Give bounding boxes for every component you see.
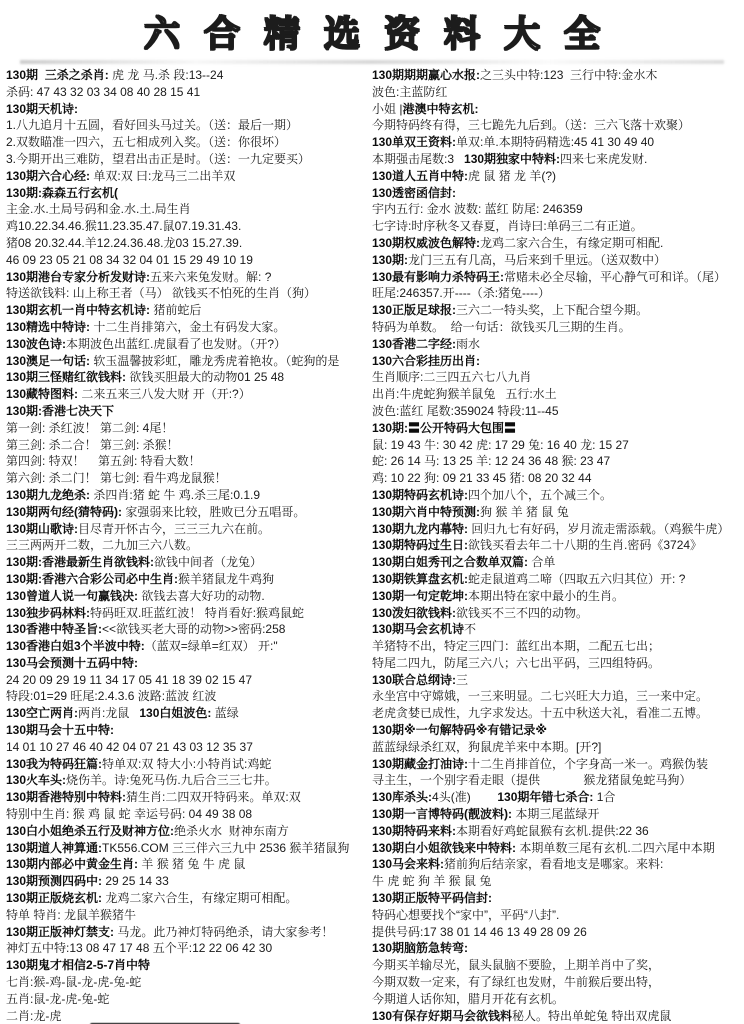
text-line: 提供号码:17 38 01 14 46 13 49 28 09 26 — [372, 924, 738, 941]
line-heading: 130期正版特平码信封: — [372, 891, 492, 905]
line-text: 合单 — [528, 555, 555, 569]
text-line: 130期正版烧玄机: 龙鸡二家六合生，有缘定期可相配。 — [6, 890, 372, 907]
line-heading: 130期:森森五行玄机( — [6, 186, 118, 200]
line-heading: 130期 三杀之杀肖: — [6, 68, 109, 82]
line-text: 蓝绿 — [211, 706, 238, 720]
line-heading: 130期铁算盘玄机: — [372, 572, 468, 586]
text-line: 1.八九追月十五圆，看好回头马过关。（送：最后一期） — [6, 117, 372, 134]
line-text: 第四剑: 特双！ 第五剑: 特看大数！ — [6, 454, 201, 468]
text-line: 130有保存好期马会欲钱料秘人。特出单蛇兔 特出双虎鼠 — [372, 1008, 738, 1024]
text-line: 第六剑: 杀二门！ 第七剑: 看牛鸡龙鼠猴！ — [6, 470, 372, 487]
line-text: <<欲钱买老大哥的动物>>密码:258 — [102, 622, 285, 636]
line-text: 四来七来虎发财. — [560, 152, 647, 166]
line-heading: 130联合总纲诗: — [372, 673, 456, 687]
text-line: 130期内部必中黄金生肖: 羊 猴 猪 兔 牛 虎 鼠 — [6, 856, 372, 873]
line-text: 欲钱买不三不四的动物。 — [456, 606, 588, 620]
text-line: 蛇: 26 14 马: 13 25 羊: 12 24 36 48 猴: 23 4… — [372, 453, 738, 470]
line-heading: 130期一言博特码(靓波料): — [372, 807, 512, 821]
text-line: 130联合总纲诗:三 — [372, 672, 738, 689]
line-text: 常赌未必全尽输，平心静气可和详。（尾） — [504, 270, 726, 284]
text-line: 130期九龙内幕特: 回归九七有好码，岁月流走需添载。（鸡猴牛虎） — [372, 521, 738, 538]
line-text: 回归九七有好码，岁月流走需添载。（鸡猴牛虎） — [468, 522, 729, 536]
line-heading: 130空亡两肖: — [6, 706, 78, 720]
text-line: 出肖:牛虎蛇狗猴羊鼠兔 五行:水土 — [372, 386, 738, 403]
line-text: 绝杀火水 财神东南方 — [174, 824, 289, 838]
line-text: 软玉温馨披彩虹，雕龙秀虎着艳妆。（蛇狗的是 — [90, 354, 339, 368]
line-heading: 130期※一句解特码※有错记录※ — [372, 723, 547, 737]
text-line: 46 09 23 05 21 08 34 32 04 01 15 29 49 1… — [6, 252, 372, 269]
text-line: 今期道人话你知，腊月开花有玄机。 — [372, 991, 738, 1008]
line-text: 雨水 — [456, 337, 480, 351]
text-line: 130空亡两肖:两肖:龙鼠 130白姐波色: 蓝绿 — [6, 705, 372, 722]
line-text: 之三头中特:123 三行中特:金水木 — [480, 68, 657, 82]
line-text: 蓝蓝绿绿杀红双，狗鼠虎羊来中本期。[开?] — [372, 740, 601, 754]
line-heading: 130期一句定乾坤: — [372, 589, 468, 603]
line-heading: 130马会来料: — [372, 857, 444, 871]
left-column: 130期 三杀之杀肖: 虎 龙 马.杀 段:13--24杀码: 47 43 32… — [6, 67, 372, 1024]
text-line: 蓝蓝绿绿杀红双，狗鼠虎羊来中本期。[开?] — [372, 739, 738, 756]
text-line: 鸡10.22.34.46.猴11.23.35.47.鼠07.19.31.43. — [6, 218, 372, 235]
text-line: 130期玄机一肖中特玄机诗: 猪前蛇后 — [6, 302, 372, 319]
line-heading: 130期九龙绝杀: — [6, 488, 90, 502]
text-line: 130期脑筋急转弯: — [372, 940, 738, 957]
text-line: 130期:森森五行玄机( — [6, 185, 372, 202]
line-heading: 130期马会玄机诗 — [372, 622, 464, 636]
line-text: 波色:蓝红 尾数:359024 特段:11--45 — [372, 404, 559, 418]
line-text: 猴羊猪鼠龙牛鸡狗 — [178, 572, 274, 586]
text-line: 特别中生肖: 猴 鸡 鼠 蛇 幸运号码: 04 49 38 08 — [6, 806, 372, 823]
line-heading: 130期玄机一肖中特玄机诗: — [6, 303, 150, 317]
text-line: 永坐宫中守嫦娥，一三来明显。二七兴旺大力追，三一来中定。 — [372, 688, 738, 705]
line-heading: 130期两句经(猜特码): — [6, 505, 122, 519]
text-line: 130独步码林料:特码旺双.旺蓝红波！ 特肖看好:猴鸡鼠蛇 — [6, 605, 372, 622]
line-heading: 130期藏金打油诗: — [372, 757, 468, 771]
text-line: 130期:香港六合彩公司必中生肖:猴羊猪鼠龙牛鸡狗 — [6, 571, 372, 588]
line-text: 第六剑: 杀二门！ 第七剑: 看牛鸡龙鼠猴！ — [6, 471, 227, 485]
text-line: 神灯五中特:13 08 47 17 48 五个平:12 22 06 42 30 — [6, 940, 372, 957]
line-text: 今期特码终有得，三七跪先九后到。（送：三六飞落十欢聚） — [372, 118, 690, 132]
text-line: 本期强击尾数:3 130期独家中特料:四来七来虎发财. — [372, 151, 738, 168]
text-line: 130期:龙门三五有几高，马后来到千里远。（送双数中） — [372, 252, 738, 269]
line-text: 旺尾:246357.开----（杀:猪兔----） — [372, 286, 550, 300]
line-heading: 130期天机诗: — [6, 102, 78, 116]
text-line: 130期:〓公开特码大包围〓 — [372, 420, 738, 437]
line-text: 龙门三五有几高，马后来到千里远。（送双数中） — [408, 253, 666, 267]
line-heading: 130期独家中特料: — [464, 152, 560, 166]
lottery-info-sheet: 六合精选资料大全 130期 三杀之杀肖: 虎 龙 马.杀 段:13--24杀码:… — [0, 6, 744, 1024]
line-heading: 130泼妇欲钱料: — [372, 606, 456, 620]
line-text: 特段:01=29 旺尾:2.4.3.6 波路:蓝波 红波 — [6, 689, 216, 703]
text-line: 130期特码过生日:欲钱买看去年二十八期的生肖.密码《3724》 — [372, 537, 738, 554]
text-line: 牛 虎 蛇 狗 羊 猴 鼠 兔 — [372, 873, 738, 890]
text-line: 第一剑: 杀红波！ 第二剑: 4尾！ — [6, 420, 372, 437]
text-line: 鼠: 19 43 牛: 30 42 虎: 17 29 兔: 16 40 龙: 1… — [372, 437, 738, 454]
line-text: 单双:双 曰:龙马三二出羊双 — [90, 169, 235, 183]
text-line: 130期 三杀之杀肖: 虎 龙 马.杀 段:13--24 — [6, 67, 372, 84]
line-text: 欲钱中间者（龙兔） — [154, 555, 262, 569]
text-line: 寻主生，一个别字看走眼（提供 猴龙猪鼠兔蛇马狗） — [372, 772, 738, 789]
text-line: 七肖:猴-鸡-鼠-龙-虎-兔-蛇 — [6, 974, 372, 991]
line-text: 杀码: 47 43 32 03 34 08 40 28 15 41 — [6, 85, 200, 99]
line-heading: 130期年错七杀合: — [497, 790, 593, 804]
text-line: 波色:蓝红 尾数:359024 特段:11--45 — [372, 403, 738, 420]
line-text: 三六二一特头奖，上下配合望今期。 — [456, 303, 648, 317]
line-text: （蓝双=绿单=红双） 开:" — [145, 639, 278, 653]
text-line: 130期藏金打油诗:十二生肖排首位，个字身高一米一。鸡猴伪装 — [372, 756, 738, 773]
line-text: 本期出特在家中最小的生肖。 — [468, 589, 624, 603]
line-text: 龙鸡二家六合生，有缘定期可相配. — [480, 236, 663, 250]
line-text: 特别中生肖: 猴 鸡 鼠 蛇 幸运号码: 04 49 38 08 — [6, 807, 252, 821]
text-line: 今期特码终有得，三七跪先九后到。（送：三六飞落十欢聚） — [372, 117, 738, 134]
text-line: 130香港二字经:雨水 — [372, 336, 738, 353]
text-line: 生肖顺序:二三四五六七八九肖 — [372, 369, 738, 386]
line-text: 三 — [456, 673, 468, 687]
line-heading: 130波色诗: — [6, 337, 66, 351]
line-text: 二来五来三八发大财 开（开:?） — [78, 387, 251, 401]
line-text: 第三剑: 杀二合！ 第三剑: 杀猴！ — [6, 438, 179, 452]
text-line: 130期一言博特码(靓波料): 本期三尾蓝绿开 — [372, 806, 738, 823]
line-text: 2.双数瞄准一四六，五七相成列入奖。（送：你很坏） — [6, 135, 286, 149]
line-heading: 130期内部必中黄金生肖: — [6, 857, 138, 871]
line-heading: 130期三怪赌红欲钱料: — [6, 370, 126, 384]
line-heading: 130期正版烧玄机: — [6, 891, 102, 905]
line-text: 29 25 14 33 — [102, 874, 169, 888]
text-line: 24 20 09 29 19 11 34 17 05 41 18 39 02 1… — [6, 672, 372, 689]
text-line: 130期六肖中特预测:狗 猴 羊 猪 鼠 兔 — [372, 504, 738, 521]
line-text: 老虎贪婪已成性，九字求发达。十五中秋送大礼，看准二五博。 — [372, 706, 708, 720]
line-text: 神灯五中特:13 08 47 17 48 五个平:12 22 06 42 30 — [6, 941, 272, 955]
line-heading: 130期: — [372, 253, 408, 267]
line-text: 四个加八个，五个减三个。 — [468, 488, 612, 502]
text-line: 130期:香港七决天下 — [6, 403, 372, 420]
line-text: 特码心想要找个“家中”，平码“八封”. — [372, 908, 559, 922]
line-text: 欲钱买胆最大的动物01 25 48 — [126, 370, 284, 384]
text-line: 130正版足球报:三六二一特头奖，上下配合望今期。 — [372, 302, 738, 319]
line-heading: 130火车头: — [6, 773, 66, 787]
text-line: 特送欲钱料: 山上称王者（马） 欲钱买不怕死的生肖（狗） — [6, 285, 372, 302]
line-text: 提供号码:17 38 01 14 46 13 49 28 09 26 — [372, 925, 587, 939]
line-heading: 130期特码来料: — [372, 824, 456, 838]
line-heading: 130马会预测十五码中特: — [6, 656, 138, 670]
text-line: 波色:主蓝防红 — [372, 84, 738, 101]
text-line: 今期双数一定来，有了绿红也发财，牛前猴后要出特， — [372, 974, 738, 991]
text-line: 130期铁算盘玄机:蛇走鼠道鸡二啼（四取五六归其位）开: ? — [372, 571, 738, 588]
line-text: 特单双:双 特大小:小特肖试:鸡蛇 — [102, 757, 271, 771]
text-line: 130最有影响力杀特码王:常赌未必全尽输，平心静气可和详。（尾） — [372, 269, 738, 286]
line-heading: 130独步码林料: — [6, 606, 90, 620]
line-heading: 130六合彩挂历出肖: — [372, 354, 480, 368]
text-line: 130泼妇欲钱料:欲钱买不三不四的动物。 — [372, 605, 738, 622]
right-column: 130期期期赢心水报:之三头中特:123 三行中特:金水木波色:主蓝防红小姐 |… — [372, 67, 738, 1024]
text-line: 130期※一句解特码※有错记录※ — [372, 722, 738, 739]
line-text: 牛 虎 蛇 狗 羊 猴 鼠 兔 — [372, 874, 491, 888]
text-line: 2.双数瞄准一四六，五七相成列入奖。（送：你很坏） — [6, 134, 372, 151]
line-heading: 130期港台专家分析发财诗: — [6, 270, 150, 284]
line-heading: 130期九龙内幕特: — [372, 522, 468, 536]
line-text: 虎 龙 马.杀 段:13--24 — [109, 68, 224, 82]
line-text: 猪前蛇后 — [150, 303, 201, 317]
line-heading: 130期香港特别中特料: — [6, 790, 126, 804]
text-line: 130期白姐秀刊之合数单双篇: 合单 — [372, 554, 738, 571]
line-text: 永坐宫中守嫦娥，一三来明显。二七兴旺大力追，三一来中定。 — [372, 689, 708, 703]
line-text: 第一剑: 杀红波！ 第二剑: 4尾！ — [6, 421, 173, 435]
text-line: 130精选中特诗: 十二生肖排第六，金土有码发大家。 — [6, 319, 372, 336]
line-text: 本期三尾蓝绿开 — [512, 807, 599, 821]
line-text: TK556.COM 三三伴六三九中 2536 猴羊猪鼠狗 — [102, 841, 349, 855]
line-text: 十二生肖排第六，金土有码发大家。 — [90, 320, 285, 334]
line-text: 4头(准) — [432, 790, 497, 804]
line-text: 特单 特肖: 龙鼠羊猴猪牛 — [6, 908, 136, 922]
text-line: 特尾二四九，防尾三六八；六七出平码，三四组特码。 — [372, 655, 738, 672]
text-line: 二肖:龙-虎 — [6, 1008, 372, 1024]
line-heading: 130库杀头: — [372, 790, 432, 804]
line-text: 十二生肖排首位，个字身高一米一。鸡猴伪装 — [468, 757, 708, 771]
line-text: 杀四肖:猪 蛇 牛 鸡.杀三尾:0.1.9 — [90, 488, 260, 502]
line-heading: 130道人五肖中特: — [372, 169, 468, 183]
line-heading: 130期预测四码中: — [6, 874, 102, 888]
text-line: 130期天机诗: — [6, 101, 372, 118]
text-line: 130期马会玄机诗不 — [372, 621, 738, 638]
text-line: 130期正版神灯禁支: 马龙。此乃神灯特码绝杀，请大家参考！ — [6, 924, 372, 941]
line-text: 马龙。此乃神灯特码绝杀，请大家参考！ — [114, 925, 333, 939]
line-text: 特尾二四九，防尾三六八；六七出平码，三四组特码。 — [372, 656, 660, 670]
text-line: 七字诗:时序秋冬又春夏，肖诗曰:单码三二有正道。 — [372, 218, 738, 235]
line-text: 出肖:牛虎蛇狗猴羊鼠兔 五行:水土 — [372, 387, 557, 401]
text-line: 130波色诗:本期波色出蓝红.虎鼠看了也发财。（开?） — [6, 336, 372, 353]
line-text: 二肖:龙-虎 — [6, 1009, 61, 1023]
line-heading: 130期山歌诗: — [6, 522, 78, 536]
text-line: 130香港白姐3个半波中特:（蓝双=绿单=红双） 开:" — [6, 638, 372, 655]
text-line: 特单 特肖: 龙鼠羊猴猪牛 — [6, 907, 372, 924]
line-text: 蛇: 26 14 马: 13 25 羊: 12 24 36 48 猴: 23 4… — [372, 454, 610, 468]
line-heading: 130单双王资料: — [372, 135, 456, 149]
line-text: 主金.水.土局号码和金.水.土.局生肖 — [6, 202, 191, 216]
text-line: 130期预测四码中: 29 25 14 33 — [6, 873, 372, 890]
text-line: 130六合彩挂历出肖: — [372, 353, 738, 370]
line-heading: 130期道人神算通: — [6, 841, 102, 855]
line-heading: 130藏特图料: — [6, 387, 78, 401]
text-line: 130期九龙绝杀: 杀四肖:猪 蛇 牛 鸡.杀三尾:0.1.9 — [6, 487, 372, 504]
text-line: 宇内五行: 金水 波数: 蓝红 防尾: 246359 — [372, 201, 738, 218]
line-text: 波色:主蓝防红 — [372, 85, 447, 99]
line-heading: 130白小姐绝杀五行及财神方位: — [6, 824, 174, 838]
line-text: 本期波色出蓝红.虎鼠看了也发财。（开?） — [66, 337, 286, 351]
line-heading: 130白姐波色: — [139, 706, 211, 720]
text-line: 14 01 10 27 46 40 42 04 07 21 43 03 12 3… — [6, 739, 372, 756]
text-line: 130期一句定乾坤:本期出特在家中最小的生肖。 — [372, 588, 738, 605]
line-text: 猪前狗后结亲家，看看地支是哪家。来料: — [444, 857, 663, 871]
text-line: 130期特码来料:本期看好鸡蛇鼠猴有玄机.提供:22 36 — [372, 823, 738, 840]
line-text: 秘人。特出单蛇兔 特出双虎鼠 — [512, 1009, 671, 1023]
line-heading: 130正版足球报: — [372, 303, 456, 317]
text-line: 130期期期赢心水报:之三头中特:123 三行中特:金水木 — [372, 67, 738, 84]
line-heading: 130期鬼才相信2-5-7肖中特 — [6, 958, 150, 972]
line-text: 虎 鼠 猪 龙 羊(?) — [468, 169, 556, 183]
text-line: 五肖:鼠-龙-虎-兔-蛇 — [6, 991, 372, 1008]
text-line: 130期三怪赌红欲钱料: 欲钱买胆最大的动物01 25 48 — [6, 369, 372, 386]
text-line: 130透密函信封: — [372, 185, 738, 202]
text-line: 特段:01=29 旺尾:2.4.3.6 波路:蓝波 红波 — [6, 688, 372, 705]
scan-artifact — [20, 60, 724, 64]
line-heading: 130我为特码狂篇: — [6, 757, 102, 771]
line-text: 狗 猴 羊 猪 鼠 兔 — [480, 505, 569, 519]
line-text: 鼠: 19 43 牛: 30 42 虎: 17 29 兔: 16 40 龙: 1… — [372, 438, 629, 452]
line-text: 欲钱买看去年二十八期的生肖.密码《3724》 — [468, 538, 702, 552]
line-heading: 130香港二字经: — [372, 337, 456, 351]
text-line: 鸡: 10 22 狗: 09 21 33 45 猪: 08 20 32 44 — [372, 470, 738, 487]
line-text: 三三两两开二数，二九加三六八数。 — [6, 538, 198, 552]
line-heading: 130期六肖中特预测: — [372, 505, 480, 519]
line-text: 不 — [464, 622, 476, 636]
line-text: 单双:单.本期特码精选:45 41 30 49 40 — [456, 135, 654, 149]
text-line: 3.今期开出三难防，望君出击正是时。（送：一九定要买） — [6, 151, 372, 168]
line-text: 烧伤羊。诗:兔死马伤.九后合三三七井。 — [66, 773, 277, 787]
text-line: 130期两句经(猜特码): 家强弱来比较，胜败已分五唱哥。 — [6, 504, 372, 521]
text-line: 第三剑: 杀二合！ 第三剑: 杀猴！ — [6, 437, 372, 454]
line-heading: 130透密函信封: — [372, 186, 456, 200]
text-line: 130期特码玄机诗:四个加八个，五个减三个。 — [372, 487, 738, 504]
line-text: 特码旺双.旺蓝红波！ 特肖看好:猴鸡鼠蛇 — [90, 606, 304, 620]
line-text: 羊猪特不出，特定三四门：蓝红出本期，二配五七出； — [372, 639, 660, 653]
text-line: 特码心想要找个“家中”，平码“八封”. — [372, 907, 738, 924]
line-heading: 130期权威波色解特: — [372, 236, 480, 250]
text-line: 130期正版特平码信封: — [372, 890, 738, 907]
line-text: 七肖:猴-鸡-鼠-龙-虎-兔-蛇 — [6, 975, 141, 989]
line-text: 今期买羊输尽光，鼠头鼠脑不要脸，上期羊肖中了奖， — [372, 958, 660, 972]
line-heading: 130期特码玄机诗: — [372, 488, 468, 502]
text-line: 130期鬼才相信2-5-7肖中特 — [6, 957, 372, 974]
line-text: 今期双数一定来，有了绿红也发财，牛前猴后要出特， — [372, 975, 660, 989]
line-text: 鸡: 10 22 狗: 09 21 33 45 猪: 08 20 32 44 — [372, 471, 592, 485]
text-line: 130期六合心经: 单双:双 曰:龙马三二出羊双 — [6, 168, 372, 185]
text-line: 羊猪特不出，特定三四门：蓝红出本期，二配五七出； — [372, 638, 738, 655]
line-text: 小姐 | — [372, 102, 402, 116]
line-text: 特码为单数。 给一句话：欲钱买几三期的生肖。 — [372, 320, 631, 334]
line-heading: 130期期期赢心水报: — [372, 68, 480, 82]
line-text: 24 20 09 29 19 11 34 17 05 41 18 39 02 1… — [6, 673, 252, 687]
line-heading: 130期白姐秀刊之合数单双篇: — [372, 555, 528, 569]
text-line: 今期买羊输尽光，鼠头鼠脑不要脸，上期羊肖中了奖， — [372, 957, 738, 974]
text-line: 130火车头:烧伤羊。诗:兔死马伤.九后合三三七井。 — [6, 772, 372, 789]
line-heading: 130期:香港七决天下 — [6, 404, 114, 418]
line-heading: 130澳足一句话: — [6, 354, 90, 368]
text-line: 130我为特码狂篇:特单双:双 特大小:小特肖试:鸡蛇 — [6, 756, 372, 773]
line-heading: 130期:香港最新生肖欲钱料: — [6, 555, 154, 569]
line-text: 羊 猴 猪 兔 牛 虎 鼠 — [138, 857, 245, 871]
line-text: 宇内五行: 金水 波数: 蓝红 防尾: 246359 — [372, 202, 583, 216]
line-heading: 130期脑筋急转弯: — [372, 941, 468, 955]
text-line: 第四剑: 特双！ 第五剑: 特看大数！ — [6, 453, 372, 470]
line-text: 蛇走鼠道鸡二啼（四取五六归其位）开: ? — [468, 572, 685, 586]
line-text: 1合 — [593, 790, 615, 804]
line-text: 46 09 23 05 21 08 34 32 04 01 15 29 49 1… — [6, 253, 253, 267]
line-text: 目尽青开怀古今，三三三九六在前。 — [78, 522, 270, 536]
line-text: 欲钱去喜大好功的动物. — [138, 589, 265, 603]
line-text: 鸡10.22.34.46.猴11.23.35.47.鼠07.19.31.43. — [6, 219, 241, 233]
line-text: 3.今期开出三难防，望君出击正是时。（送：一九定要买） — [6, 152, 310, 166]
line-text: 本期强击尾数:3 — [372, 152, 464, 166]
text-line: 130马会来料:猪前狗后结亲家，看看地支是哪家。来料: — [372, 856, 738, 873]
text-line: 130期白小姐欲钱来中特料: 本期单数三尾有玄机.二四六尾中本期 — [372, 840, 738, 857]
line-heading: 港澳中特玄机: — [402, 102, 478, 116]
line-text: 本期看好鸡蛇鼠猴有玄机.提供:22 36 — [456, 824, 649, 838]
text-line: 130道人五肖中特:虎 鼠 猪 龙 羊(?) — [372, 168, 738, 185]
text-line: 130期马会十五中特: — [6, 722, 372, 739]
line-heading: 130曾道人说一句赢钱决: — [6, 589, 138, 603]
text-line: 130香港中特圣旨:<<欲钱买老大哥的动物>>密码:258 — [6, 621, 372, 638]
text-line: 130期道人神算通:TK556.COM 三三伴六三九中 2536 猴羊猪鼠狗 — [6, 840, 372, 857]
line-text: 特送欲钱料: 山上称王者（马） 欲钱买不怕死的生肖（狗） — [6, 286, 316, 300]
line-heading: 130期:香港六合彩公司必中生肖: — [6, 572, 178, 586]
text-line: 130期权威波色解特:龙鸡二家六合生，有缘定期可相配. — [372, 235, 738, 252]
line-heading: 130期特码过生日: — [372, 538, 468, 552]
text-line: 130期香港特别中特料:猜生肖:二四双开特码来。单双:双 — [6, 789, 372, 806]
line-text: 七字诗:时序秋冬又春夏，肖诗曰:单码三二有正道。 — [372, 219, 643, 233]
line-heading: 130期白小姐欲钱来中特料: — [372, 841, 516, 855]
text-line: 旺尾:246357.开----（杀:猪兔----） — [372, 285, 738, 302]
line-heading: 130期正版神灯禁支: — [6, 925, 114, 939]
line-text: 今期道人话你知，腊月开花有玄机。 — [372, 992, 564, 1006]
text-line: 杀码: 47 43 32 03 34 08 40 28 15 41 — [6, 84, 372, 101]
text-line: 130白小姐绝杀五行及财神方位:绝杀火水 财神东南方 — [6, 823, 372, 840]
line-heading: 130香港中特圣旨: — [6, 622, 102, 636]
line-text: 1.八九追月十五圆，看好回头马过关。（送：最后一期） — [6, 118, 298, 132]
line-text: 猜生肖:二四双开特码来。单双:双 — [126, 790, 301, 804]
text-line: 130曾道人说一句赢钱决: 欲钱去喜大好功的动物. — [6, 588, 372, 605]
line-text: 生肖顺序:二三四五六七八九肖 — [372, 370, 531, 384]
text-line: 130期:香港最新生肖欲钱料:欲钱中间者（龙兔） — [6, 554, 372, 571]
text-line: 主金.水.土局号码和金.水.土.局生肖 — [6, 201, 372, 218]
line-text: 龙鸡二家六合生，有缘定期可相配。 — [102, 891, 297, 905]
text-line: 130期港台专家分析发财诗:五来六来兔发财。解: ? — [6, 269, 372, 286]
line-heading: 130期马会十五中特: — [6, 723, 114, 737]
line-text: 猪08 20.32.44.羊12.24.36.48.龙03 15.27.39. — [6, 236, 242, 250]
text-line: 130期山歌诗:目尽青开怀古今，三三三九六在前。 — [6, 521, 372, 538]
text-line: 三三两两开二数，二九加三六八数。 — [6, 537, 372, 554]
line-heading: 130最有影响力杀特码王: — [372, 270, 504, 284]
line-heading: 130香港白姐3个半波中特: — [6, 639, 145, 653]
text-line: 130藏特图料: 二来五来三八发大财 开（开:?） — [6, 386, 372, 403]
text-line: 老虎贪婪已成性，九字求发达。十五中秋送大礼，看准二五博。 — [372, 705, 738, 722]
text-line: 特码为单数。 给一句话：欲钱买几三期的生肖。 — [372, 319, 738, 336]
text-line: 130马会预测十五码中特: — [6, 655, 372, 672]
line-text: 家强弱来比较，胜败已分五唱哥。 — [122, 505, 305, 519]
line-text: 五来六来兔发财。解: ? — [150, 270, 271, 284]
line-heading: 130期六合心经: — [6, 169, 90, 183]
line-heading: 130期:〓公开特码大包围〓 — [372, 421, 516, 435]
text-line: 130库杀头:4头(准) 130期年错七杀合: 1合 — [372, 789, 738, 806]
line-text: 本期单数三尾有玄机.二四六尾中本期 — [516, 841, 715, 855]
line-text: 五肖:鼠-龙-虎-兔-蛇 — [6, 992, 109, 1006]
text-line: 猪08 20.32.44.羊12.24.36.48.龙03 15.27.39. — [6, 235, 372, 252]
line-text: 寻主生，一个别字看走眼（提供 猴龙猪鼠兔蛇马狗） — [372, 773, 691, 787]
text-line: 小姐 |港澳中特玄机: — [372, 101, 738, 118]
page-title: 六合精选资料大全 — [0, 6, 744, 57]
line-text: 两肖:龙鼠 — [78, 706, 139, 720]
line-text: 14 01 10 27 46 40 42 04 07 21 43 03 12 3… — [6, 740, 253, 754]
text-line: 130澳足一句话: 软玉温馨披彩虹，雕龙秀虎着艳妆。（蛇狗的是 — [6, 353, 372, 370]
content-columns: 130期 三杀之杀肖: 虎 龙 马.杀 段:13--24杀码: 47 43 32… — [0, 67, 744, 1024]
text-line: 130单双王资料:单双:单.本期特码精选:45 41 30 49 40 — [372, 134, 738, 151]
line-heading: 130精选中特诗: — [6, 320, 90, 334]
line-heading: 130有保存好期马会欲钱料 — [372, 1009, 512, 1023]
